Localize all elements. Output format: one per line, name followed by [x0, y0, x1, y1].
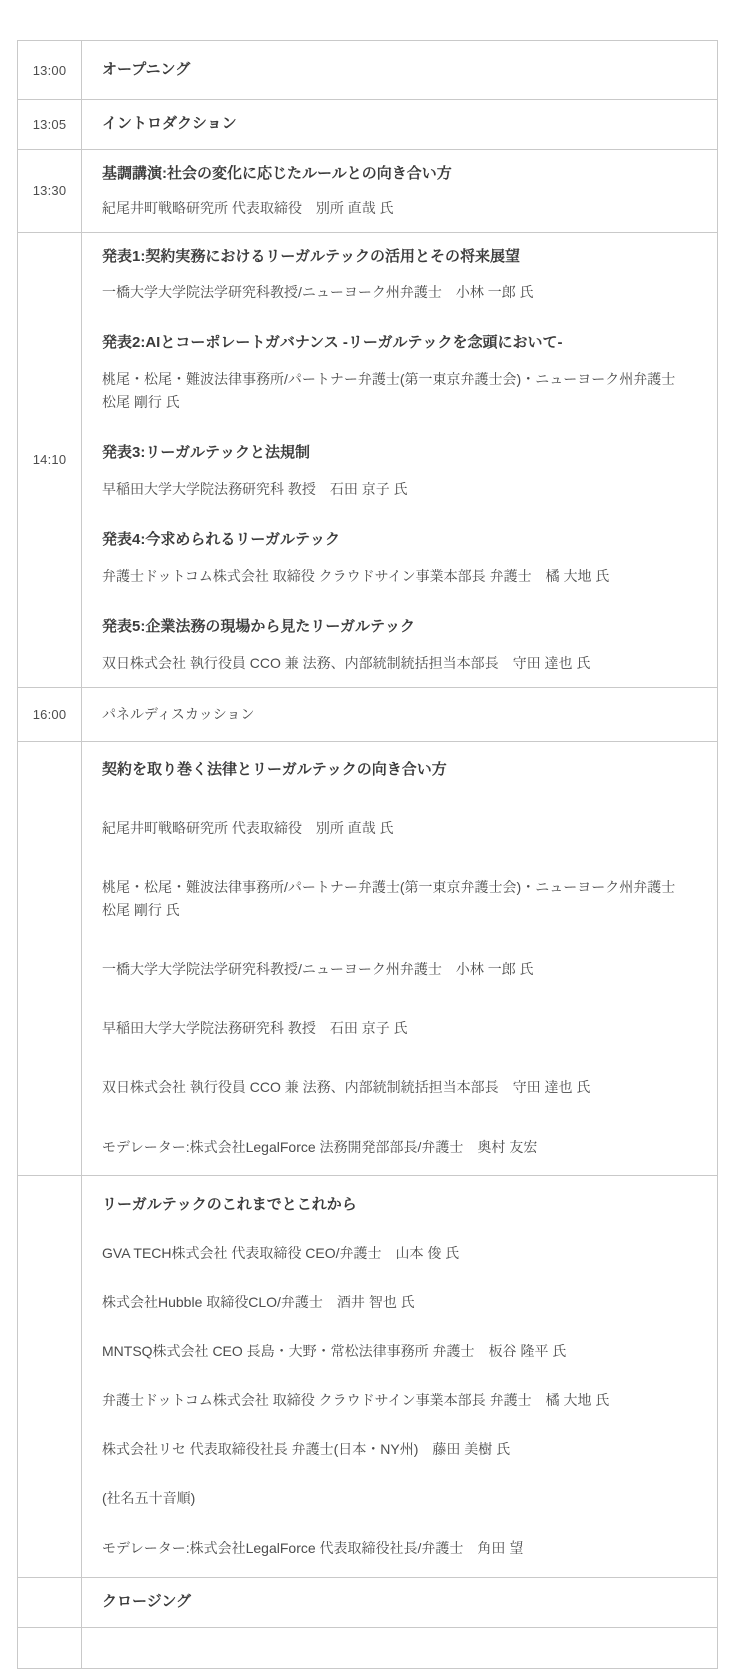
session-title: イントロダクション — [102, 112, 697, 137]
presentation-block: 発表1:契約実務におけるリーガルテックの活用とその将来展望 一橋大学大学院法学研… — [102, 245, 697, 305]
session-cell: リーガルテックのこれまでとこれから GVA TECH株式会社 代表取締役 CEO… — [82, 1175, 718, 1577]
session-title: オープニング — [102, 58, 697, 83]
panelist-line: MNTSQ株式会社 CEO 長島・大野・常松法律事務所 弁護士 板谷 隆平 氏 — [102, 1340, 697, 1363]
time-cell — [18, 1627, 82, 1668]
session-cell: 基調講演:社会の変化に応じたルールとの向き合い方 紀尾井町戦略研究所 代表取締役… — [82, 149, 718, 232]
panel-title: リーガルテックのこれまでとこれから — [102, 1193, 697, 1218]
schedule-row-introduction: 13:05 イントロダクション — [18, 100, 718, 150]
panelist-line: GVA TECH株式会社 代表取締役 CEO/弁護士 山本 俊 氏 — [102, 1242, 697, 1265]
moderator-line: モデレーター:株式会社LegalForce 代表取締役社長/弁護士 角田 望 — [102, 1537, 697, 1560]
presentation-block: 発表2:AIとコーポレートガバナンス -リーガルテックを念頭において- 桃尾・松… — [102, 331, 697, 414]
panelist-line: 早稲田大学大学院法務研究科 教授 石田 京子 氏 — [102, 1017, 697, 1040]
schedule-table: 13:00 オープニング 13:05 イントロダクション 13:30 基調講演:… — [17, 40, 718, 1669]
presentation-block: 発表5:企業法務の現場から見たリーガルテック 双日株式会社 執行役員 CCO 兼… — [102, 615, 697, 675]
session-cell: 発表1:契約実務におけるリーガルテックの活用とその将来展望 一橋大学大学院法学研… — [82, 232, 718, 687]
time-cell: 13:05 — [18, 100, 82, 150]
session-cell: クロージング — [82, 1577, 718, 1627]
session-title: クロージング — [102, 1590, 697, 1615]
speaker-line: 弁護士ドットコム株式会社 取締役 クラウドサイン事業本部長 弁護士 橘 大地 氏 — [102, 565, 697, 588]
session-cell — [82, 1627, 718, 1668]
session-cell: 契約を取り巻く法律とリーガルテックの向き合い方 紀尾井町戦略研究所 代表取締役 … — [82, 741, 718, 1175]
time-cell: 16:00 — [18, 687, 82, 741]
session-cell: イントロダクション — [82, 100, 718, 150]
schedule-row-panel1: 契約を取り巻く法律とリーガルテックの向き合い方 紀尾井町戦略研究所 代表取締役 … — [18, 741, 718, 1175]
speaker-line: 双日株式会社 執行役員 CCO 兼 法務、内部統制統括担当本部長 守田 達也 氏 — [102, 652, 697, 675]
time-cell — [18, 1175, 82, 1577]
speaker-line: 一橋大学大学院法学研究科教授/ニューヨーク州弁護士 小林 一郎 氏 — [102, 281, 697, 304]
panelist-line: 桃尾・松尾・難波法律事務所/パートナー弁護士(第一東京弁護士会)・ニューヨーク州… — [102, 876, 697, 922]
session-cell: オープニング — [82, 41, 718, 100]
panelist-line: 双日株式会社 執行役員 CCO 兼 法務、内部統制統括担当本部長 守田 達也 氏 — [102, 1076, 697, 1099]
session-title: 基調講演:社会の変化に応じたルールとの向き合い方 — [102, 162, 697, 187]
schedule-row-end — [18, 1627, 718, 1668]
schedule-row-keynote: 13:30 基調講演:社会の変化に応じたルールとの向き合い方 紀尾井町戦略研究所… — [18, 149, 718, 232]
panelist-line: 弁護士ドットコム株式会社 取締役 クラウドサイン事業本部長 弁護士 橘 大地 氏 — [102, 1389, 697, 1412]
presentation-block: 発表4:今求められるリーガルテック 弁護士ドットコム株式会社 取締役 クラウドサ… — [102, 528, 697, 588]
panelist-line: 紀尾井町戦略研究所 代表取締役 別所 直哉 氏 — [102, 817, 697, 840]
speaker-line: 紀尾井町戦略研究所 代表取締役 別所 直哉 氏 — [102, 197, 697, 220]
time-cell: 13:00 — [18, 41, 82, 100]
schedule-row-panel2: リーガルテックのこれまでとこれから GVA TECH株式会社 代表取締役 CEO… — [18, 1175, 718, 1577]
moderator-line: モデレーター:株式会社LegalForce 法務開発部部長/弁護士 奥村 友宏 — [102, 1136, 697, 1159]
panel-title: 契約を取り巻く法律とリーガルテックの向き合い方 — [102, 758, 697, 783]
time-cell: 14:10 — [18, 232, 82, 687]
presentation-title: 発表2:AIとコーポレートガバナンス -リーガルテックを念頭において- — [102, 331, 697, 356]
presentation-title: 発表5:企業法務の現場から見たリーガルテック — [102, 615, 697, 640]
time-cell: 13:30 — [18, 149, 82, 232]
panelist-line: 株式会社リセ 代表取締役社長 弁護士(日本・NY州) 藤田 美樹 氏 — [102, 1438, 697, 1461]
schedule-row-presentations: 14:10 発表1:契約実務におけるリーガルテックの活用とその将来展望 一橋大学… — [18, 232, 718, 687]
panelist-line: 株式会社Hubble 取締役CLO/弁護士 酒井 智也 氏 — [102, 1291, 697, 1314]
schedule-row-closing: クロージング — [18, 1577, 718, 1627]
speaker-line: 早稲田大学大学院法務研究科 教授 石田 京子 氏 — [102, 478, 697, 501]
time-cell — [18, 741, 82, 1175]
schedule-row-opening: 13:00 オープニング — [18, 41, 718, 100]
session-title: パネルディスカッション — [102, 703, 697, 726]
presentation-block: 発表3:リーガルテックと法規制 早稲田大学大学院法務研究科 教授 石田 京子 氏 — [102, 441, 697, 501]
panelist-line: 一橋大学大学院法学研究科教授/ニューヨーク州弁護士 小林 一郎 氏 — [102, 958, 697, 981]
presentation-title: 発表1:契約実務におけるリーガルテックの活用とその将来展望 — [102, 245, 697, 270]
session-cell: パネルディスカッション — [82, 687, 718, 741]
presentation-title: 発表3:リーガルテックと法規制 — [102, 441, 697, 466]
speaker-line: 桃尾・松尾・難波法律事務所/パートナー弁護士(第一東京弁護士会)・ニューヨーク州… — [102, 368, 697, 414]
time-cell — [18, 1577, 82, 1627]
schedule-row-panel-discussion: 16:00 パネルディスカッション — [18, 687, 718, 741]
presentation-title: 発表4:今求められるリーガルテック — [102, 528, 697, 553]
note-line: (社名五十音順) — [102, 1487, 697, 1510]
